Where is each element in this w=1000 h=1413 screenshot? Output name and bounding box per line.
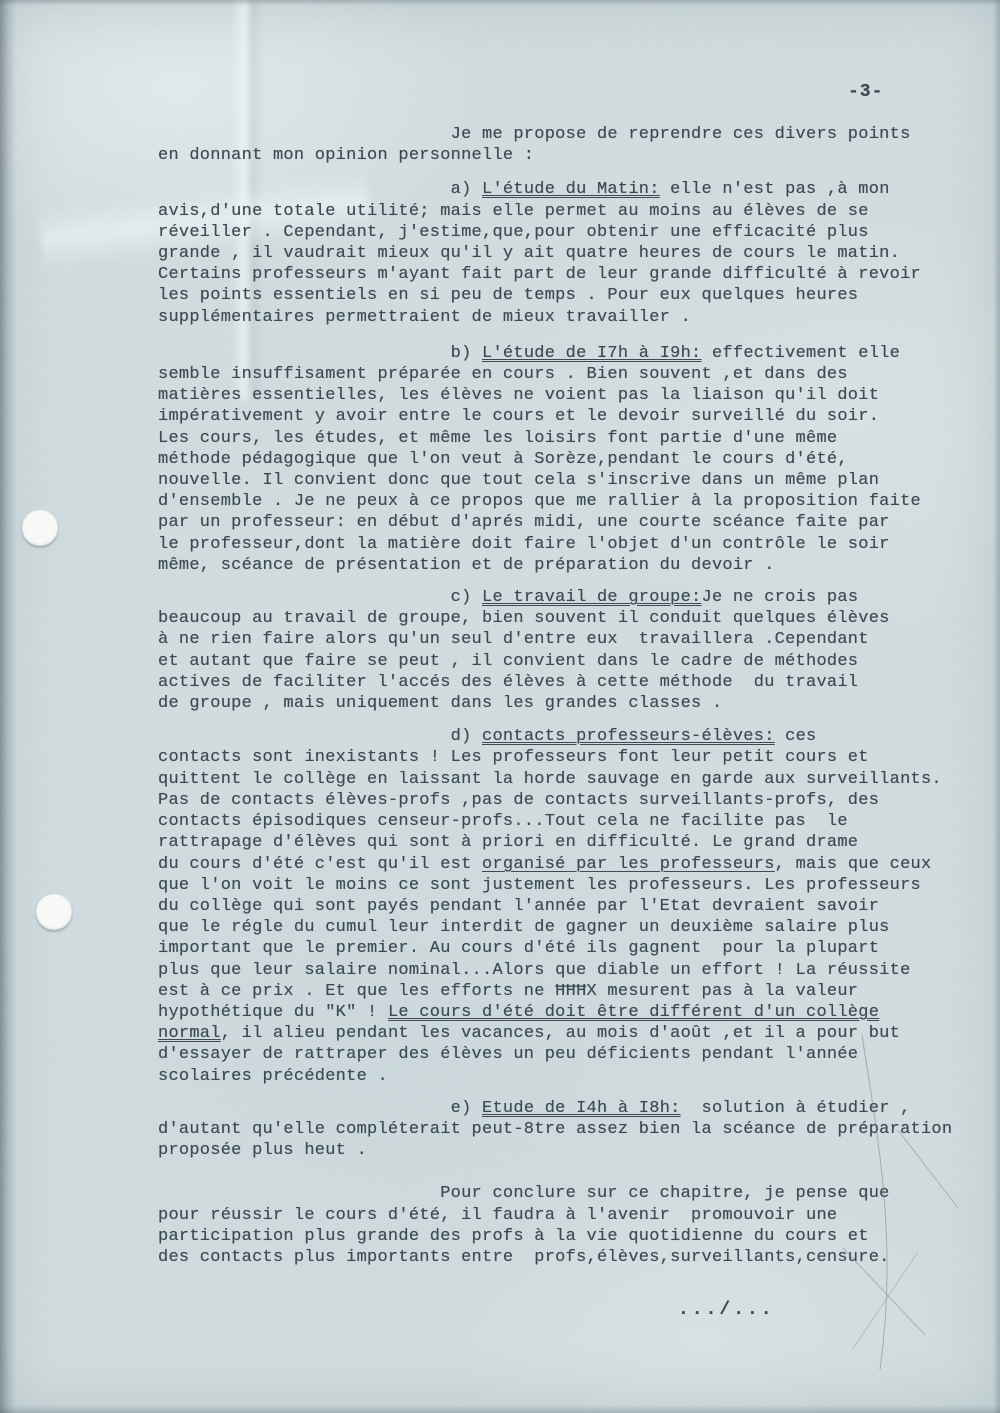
text-line: et autant que faire se peut , il convien… xyxy=(158,651,968,672)
text-line: d'essayer de rattraper des élèves un peu… xyxy=(158,1044,968,1065)
section-b: b) L'étude de I7h à I9h: effectivement e… xyxy=(158,343,968,576)
section-d: d) contacts professeurs-élèves: cesconta… xyxy=(158,726,968,1086)
text-line: scolaires précédente . xyxy=(158,1066,968,1087)
document-body: Je me propose de reprendre ces divers po… xyxy=(158,124,968,1321)
text-line: hypothétique du "K" ! Le cours d'été doi… xyxy=(158,1002,968,1023)
text-line: du collège qui sont payés pendant l'anné… xyxy=(158,896,968,917)
text-line: plus que leur salaire nominal...Alors qu… xyxy=(158,960,968,981)
text-line: a) L'étude du Matin: elle n'est pas ,à m… xyxy=(158,179,968,200)
text-line: de groupe , mais uniquement dans les gra… xyxy=(158,693,968,714)
text-line: Pas de contacts élèves-profs ,pas de con… xyxy=(158,790,968,811)
text-line: des contacts plus importants entre profs… xyxy=(158,1247,968,1268)
text-line: supplémentaires permettraient de mieux t… xyxy=(158,307,968,328)
conclusion-paragraph: Pour conclure sur ce chapitre, je pense … xyxy=(158,1183,968,1268)
text-line: que le régle du cumul leur interdit de g… xyxy=(158,917,968,938)
text-line: grande , il vaudrait mieux qu'il y ait q… xyxy=(158,243,968,264)
intro-paragraph: Je me propose de reprendre ces divers po… xyxy=(158,124,968,166)
text-line: par un professeur: en début d'aprés midi… xyxy=(158,512,968,533)
text-line: normal, il alieu pendant les vacances, a… xyxy=(158,1023,968,1044)
text-line: Certains professeurs m'ayant fait part d… xyxy=(158,264,968,285)
text-line: contacts épisodiques censeur-profs...Tou… xyxy=(158,811,968,832)
text-line: réveiller . Cependant, j'estime,que,pour… xyxy=(158,222,968,243)
text-line: b) L'étude de I7h à I9h: effectivement e… xyxy=(158,343,968,364)
typed-text: Je me propose de reprendre ces divers po… xyxy=(158,124,968,1268)
continuation-mark: .../... xyxy=(158,1300,968,1321)
text-line: contacts sont inexistants ! Les professe… xyxy=(158,747,968,768)
text-line: c) Le travail de groupe:Je ne crois pas xyxy=(158,587,968,608)
text-line: en donnant mon opinion personnelle : xyxy=(158,145,968,166)
text-line: méthode pédagogique que l'on veut à Sorè… xyxy=(158,449,968,470)
text-line: d'ensemble . Je ne peux à ce propos que … xyxy=(158,491,968,512)
scan-edge-top xyxy=(0,0,1000,6)
text-line: matières essentielles, les élèves ne voi… xyxy=(158,385,968,406)
punch-hole-bottom xyxy=(36,894,72,930)
text-line: les points essentiels en si peu de temps… xyxy=(158,285,968,306)
punch-hole-top xyxy=(22,510,58,546)
scanned-document-page: -3- Je me propose de reprendre ces diver… xyxy=(0,0,1000,1413)
text-line: Pour conclure sur ce chapitre, je pense … xyxy=(158,1183,968,1204)
text-line: impérativement y avoir entre le cours et… xyxy=(158,406,968,427)
text-line: Je me propose de reprendre ces divers po… xyxy=(158,124,968,145)
text-line: même, scéance de présentation et de prép… xyxy=(158,555,968,576)
text-line: à ne rien faire alors qu'un seul d'entre… xyxy=(158,629,968,650)
text-line: est à ce prix . Et que les efforts ne ĦĦ… xyxy=(158,981,968,1002)
text-line: nouvelle. Il convient donc que tout cela… xyxy=(158,470,968,491)
text-line: avis,d'une totale utilité; mais elle per… xyxy=(158,201,968,222)
text-line: Les cours, les études, et même les loisi… xyxy=(158,428,968,449)
text-line: quittent le collège en laissant la horde… xyxy=(158,769,968,790)
scan-edge-left xyxy=(0,0,16,1413)
section-a: a) L'étude du Matin: elle n'est pas ,à m… xyxy=(158,179,968,327)
text-line: que l'on voit le moins ce sont justement… xyxy=(158,875,968,896)
text-line: beaucoup au travail de groupe, bien souv… xyxy=(158,608,968,629)
text-line: important que le premier. Au cours d'été… xyxy=(158,938,968,959)
section-c: c) Le travail de groupe:Je ne crois pasb… xyxy=(158,587,968,714)
scan-edge-right xyxy=(993,0,1000,1413)
text-line: du cours d'été c'est qu'il est organisé … xyxy=(158,854,968,875)
text-line: participation plus grande des profs à la… xyxy=(158,1226,968,1247)
text-line: le professeur,dont la matière doit faire… xyxy=(158,534,968,555)
text-line: e) Etude de I4h à I8h: solution à étudie… xyxy=(158,1098,968,1119)
text-line: d'autant qu'elle compléterait peut-8tre … xyxy=(158,1119,968,1140)
text-line: actives de faciliter l'accés des élèves … xyxy=(158,672,968,693)
text-line: pour réussir le cours d'été, il faudra à… xyxy=(158,1205,968,1226)
text-line: semble insuffisament préparée en cours .… xyxy=(158,364,968,385)
scan-edge-bottom xyxy=(0,1405,1000,1413)
text-line: rattrapage d'élèves qui sont à priori en… xyxy=(158,832,968,853)
page-number: -3- xyxy=(848,82,883,102)
text-line: proposée plus heut . xyxy=(158,1140,968,1161)
text-line: d) contacts professeurs-élèves: ces xyxy=(158,726,968,747)
section-e: e) Etude de I4h à I8h: solution à étudie… xyxy=(158,1098,968,1162)
